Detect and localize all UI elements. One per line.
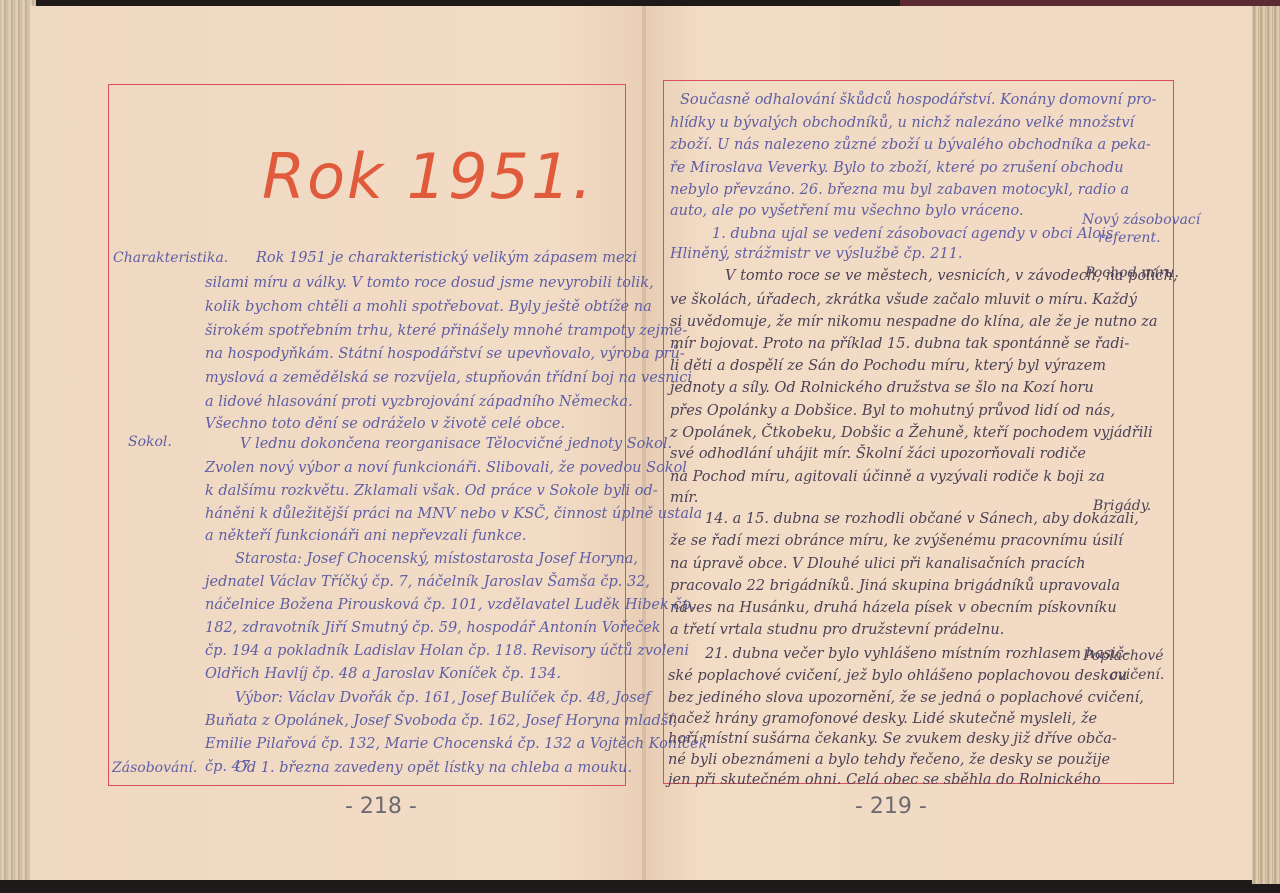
text-line: háněni k důležitější práci na MNV nebo v… — [205, 506, 702, 522]
text-line: 14. a 15. dubna se rozhodli občané v Sán… — [705, 511, 1139, 527]
text-line: Současně odhalování škůdců hospodářství.… — [680, 92, 1157, 108]
text-line: načež hrány gramofonové desky. Lidé skut… — [668, 711, 1097, 727]
page-title: Rok 1951. — [262, 140, 594, 213]
text-line: a někteří funkcionáři ani nepřevzali fun… — [205, 528, 526, 544]
text-line: 21. dubna večer bylo vyhlášeno místním r… — [705, 646, 1129, 662]
text-line: né byli obeznámeni a bylo tehdy řečeno, … — [668, 752, 1110, 768]
text-line: Zvolen nový výbor a noví funkcionáři. Sl… — [205, 460, 687, 476]
text-line: náčelnice Božena Pirousková čp. 101, vzd… — [205, 597, 695, 613]
text-line: Rok 1951 je charakteristický velikým záp… — [256, 250, 637, 266]
open-book: Rok 1951. Charakteristika. Sokol. Zásobo… — [0, 0, 1280, 893]
text-line: náves na Husánku, druhá házela písek v o… — [670, 600, 1117, 616]
text-line: své odhodlání uhájit mír. Školní žáci up… — [670, 446, 1086, 462]
text-line: a třetí vrtala studnu pro družstevní prá… — [670, 622, 1004, 638]
text-line: Od 1. března zavedeny opět lístky na chl… — [235, 760, 632, 776]
text-line: jen při skutečném ohni. Celá obec se sbě… — [668, 772, 1101, 788]
text-line: kolik bychom chtěli a mohli spotřebovat.… — [205, 299, 652, 315]
text-line: 1. dubna ujal se vedení zásobovací agend… — [712, 226, 1113, 242]
text-line: z Opolánek, Čtkobeku, Dobšic a Žehuně, k… — [670, 425, 1153, 441]
margin-note-charakteristika: Charakteristika. — [113, 250, 228, 266]
text-line: pracovalo 22 brigádníků. Jiná skupina br… — [670, 578, 1120, 594]
text-line: k dalšímu rozkvětu. Zklamali však. Od pr… — [205, 483, 658, 499]
text-line: mír. — [670, 490, 698, 506]
text-line: Emilie Pilařová čp. 132, Marie Chocenská… — [205, 736, 707, 752]
text-line: na Pochod míru, agitovali účinně a vyzýv… — [670, 469, 1105, 485]
text-line: Všechno toto dění se odráželo v životě c… — [205, 416, 565, 432]
text-line: a lidové hlasování proti vyzbrojování zá… — [205, 394, 633, 410]
text-line: přes Opolánky a Dobšice. Byl to mohutný … — [670, 403, 1115, 419]
text-line: 182, zdravotník Jiří Smutný čp. 59, hosp… — [205, 620, 661, 636]
text-line: že se řadí mezi obránce míru, ke zvýšené… — [670, 533, 1123, 549]
text-line: V lednu dokončena reorganisace Tělocvičn… — [240, 436, 672, 452]
text-line: myslová a zemědělská se rozvíjela, stupň… — [205, 370, 692, 386]
page-number-right: - 219 - — [855, 794, 927, 819]
text-line: ře Miroslava Veverky. Bylo to zboží, kte… — [670, 160, 1124, 176]
page-number-left: - 218 - — [345, 794, 417, 819]
text-line: Buňata z Opolánek, Josef Svoboda čp. 162… — [205, 713, 678, 729]
margin-note-sokol: Sokol. — [128, 434, 172, 450]
text-line: jednoty a síly. Od Rolnického družstva s… — [670, 380, 1094, 396]
text-line: jednatel Václav Tříčký čp. 7, náčelník J… — [205, 574, 650, 590]
text-line: Výbor: Václav Dvořák čp. 161, Josef Bulí… — [235, 690, 651, 706]
margin-note-zasobovani: Zásobování. — [112, 760, 197, 776]
text-line: bez jediného slova upozornění, že se jed… — [668, 690, 1144, 706]
text-line: Starosta: Josef Chocenský, místostarosta… — [235, 551, 638, 567]
text-line: auto, ale po vyšetření mu všechno bylo v… — [670, 203, 1024, 219]
text-line: silami míru a války. V tomto roce dosud … — [205, 275, 654, 291]
text-line: zboží. U nás nalezeno zůzné zboží u býva… — [670, 137, 1151, 153]
text-line: Oldřich Havlíj čp. 48 a Jaroslav Koníček… — [205, 666, 561, 682]
text-line: li děti a dospělí ze Sán do Pochodu míru… — [670, 358, 1106, 374]
text-line: hlídky u bývalých obchodníků, u nichž na… — [670, 115, 1134, 131]
text-line: V tomto roce se ve městech, vesnicích, v… — [725, 268, 1178, 284]
text-line: na hospodyňkám. Státní hospodářství se u… — [205, 346, 685, 362]
text-line: čp. 194 a pokladník Ladislav Holan čp. 1… — [205, 643, 689, 659]
text-line: na úpravě obce. V Dlouhé ulici při kanal… — [670, 556, 1086, 572]
page-stack-right — [1252, 6, 1280, 884]
text-line: mír bojovat. Proto na příklad 15. dubna … — [670, 336, 1129, 352]
text-line: Hliněný, strážmistr ve výslužbě čp. 211. — [670, 246, 963, 262]
text-line: nebylo převzáno. 26. března mu byl zabav… — [670, 182, 1129, 198]
text-line: si uvědomuje, že mír nikomu nespadne do … — [670, 314, 1158, 330]
text-line: ve školách, úřadech, zkrátka všude začal… — [670, 292, 1137, 308]
text-line: ské poplachové cvičení, jež bylo ohlášen… — [668, 668, 1127, 684]
text-line: hoří místní sušárna čekanky. Se zvukem d… — [668, 731, 1117, 747]
text-line: širokém spotřebním trhu, které přinášely… — [205, 323, 687, 339]
